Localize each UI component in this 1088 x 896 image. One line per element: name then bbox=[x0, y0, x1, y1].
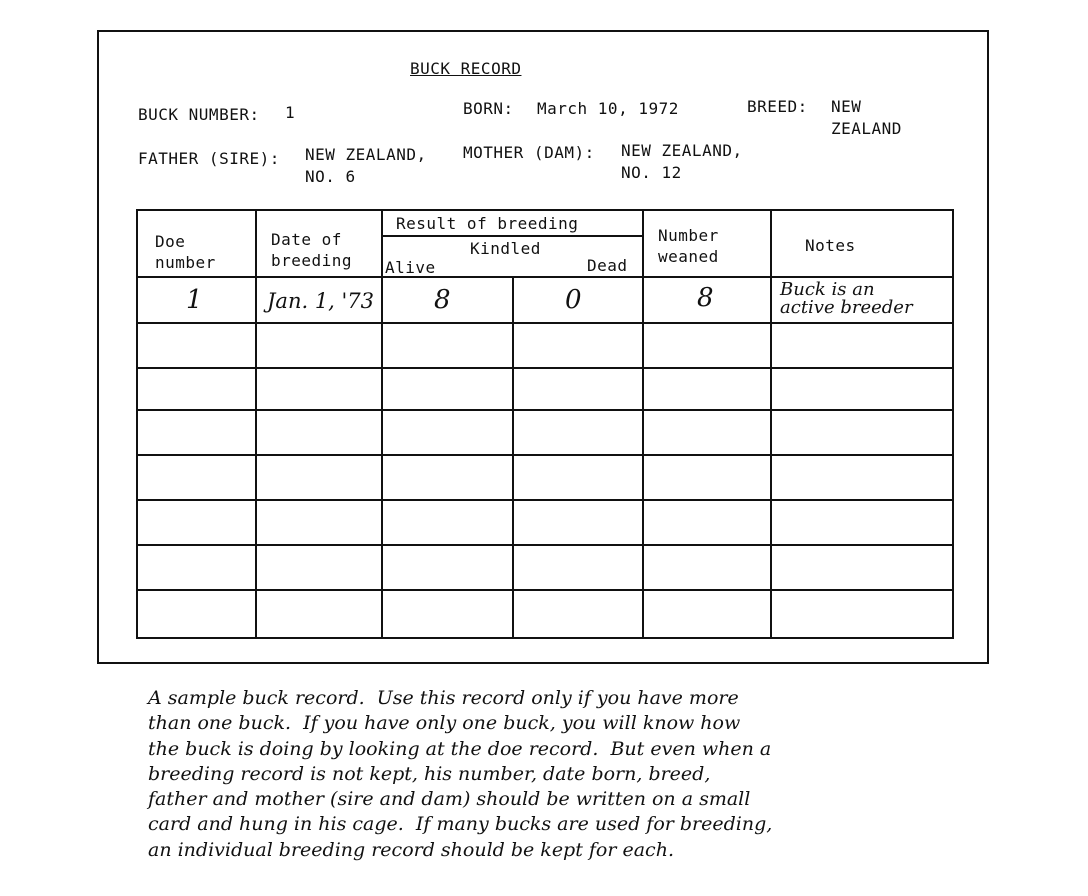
header-alive: Alive bbox=[385, 257, 436, 278]
form-title: BUCK RECORD bbox=[410, 59, 521, 78]
caption-line: than one buck. If you have only one buck… bbox=[148, 711, 978, 736]
header-doe-number-1: Doe bbox=[155, 231, 185, 252]
row-divider bbox=[138, 499, 952, 501]
column-divider bbox=[512, 276, 514, 637]
caption-line: A sample buck record. Use this record on… bbox=[148, 686, 978, 711]
born-value: March 10, 1972 bbox=[537, 98, 679, 120]
father-value-line2: NO. 6 bbox=[305, 166, 356, 188]
breed-label: BREED: bbox=[747, 96, 808, 118]
born-label: BORN: bbox=[463, 98, 514, 120]
caption-line: an individual breeding record should be … bbox=[148, 838, 978, 863]
cell-doe-number: 1 bbox=[186, 285, 203, 315]
header-dead: Dead bbox=[587, 255, 628, 276]
cell-weaned: 8 bbox=[697, 283, 714, 313]
header-weaned-1: Number bbox=[658, 225, 719, 246]
caption-line: the buck is doing by looking at the doe … bbox=[148, 737, 978, 762]
father-value-line1: NEW ZEALAND, bbox=[305, 144, 427, 166]
row-divider bbox=[138, 544, 952, 546]
breeding-table: Doe number Date of breeding Result of br… bbox=[136, 209, 954, 639]
buck-record-form: BUCK RECORD BUCK NUMBER: 1 BORN: March 1… bbox=[97, 30, 989, 664]
row-divider bbox=[138, 454, 952, 456]
breed-value-line1: NEW bbox=[831, 96, 861, 118]
column-divider bbox=[642, 211, 644, 637]
column-divider bbox=[770, 211, 772, 637]
buck-number-value: 1 bbox=[285, 102, 295, 124]
breed-value-line2: ZEALAND bbox=[831, 118, 902, 140]
header-result-of-breeding: Result of breeding bbox=[396, 213, 578, 234]
cell-dead: 0 bbox=[565, 285, 582, 315]
row-divider bbox=[138, 322, 952, 324]
row-divider bbox=[138, 589, 952, 591]
column-divider bbox=[255, 211, 257, 637]
mother-value-line1: NEW ZEALAND, bbox=[621, 140, 743, 162]
cell-notes-line2: active breeder bbox=[780, 299, 913, 317]
buck-number-label: BUCK NUMBER: bbox=[138, 104, 260, 126]
caption-line: father and mother (sire and dam) should … bbox=[148, 787, 978, 812]
header-weaned-2: weaned bbox=[658, 246, 719, 267]
mother-label: MOTHER (DAM): bbox=[463, 142, 595, 164]
mother-value-line2: NO. 12 bbox=[621, 162, 682, 184]
caption-line: breeding record is not kept, his number,… bbox=[148, 762, 978, 787]
cell-date: Jan. 1, '73 bbox=[267, 289, 374, 313]
row-divider bbox=[138, 276, 952, 278]
father-label: FATHER (SIRE): bbox=[138, 148, 280, 170]
caption: A sample buck record. Use this record on… bbox=[148, 686, 978, 863]
column-divider bbox=[381, 211, 383, 637]
header-date-1: Date of bbox=[271, 229, 342, 250]
cell-alive: 8 bbox=[434, 285, 451, 315]
header-date-2: breeding bbox=[271, 250, 352, 271]
header-doe-number-2: number bbox=[155, 252, 216, 273]
caption-line: card and hung in his cage. If many bucks… bbox=[148, 812, 978, 837]
row-divider bbox=[138, 409, 952, 411]
header-divider bbox=[381, 235, 642, 237]
row-divider bbox=[138, 367, 952, 369]
header-kindled: Kindled bbox=[470, 238, 541, 259]
header-notes: Notes bbox=[805, 235, 856, 256]
